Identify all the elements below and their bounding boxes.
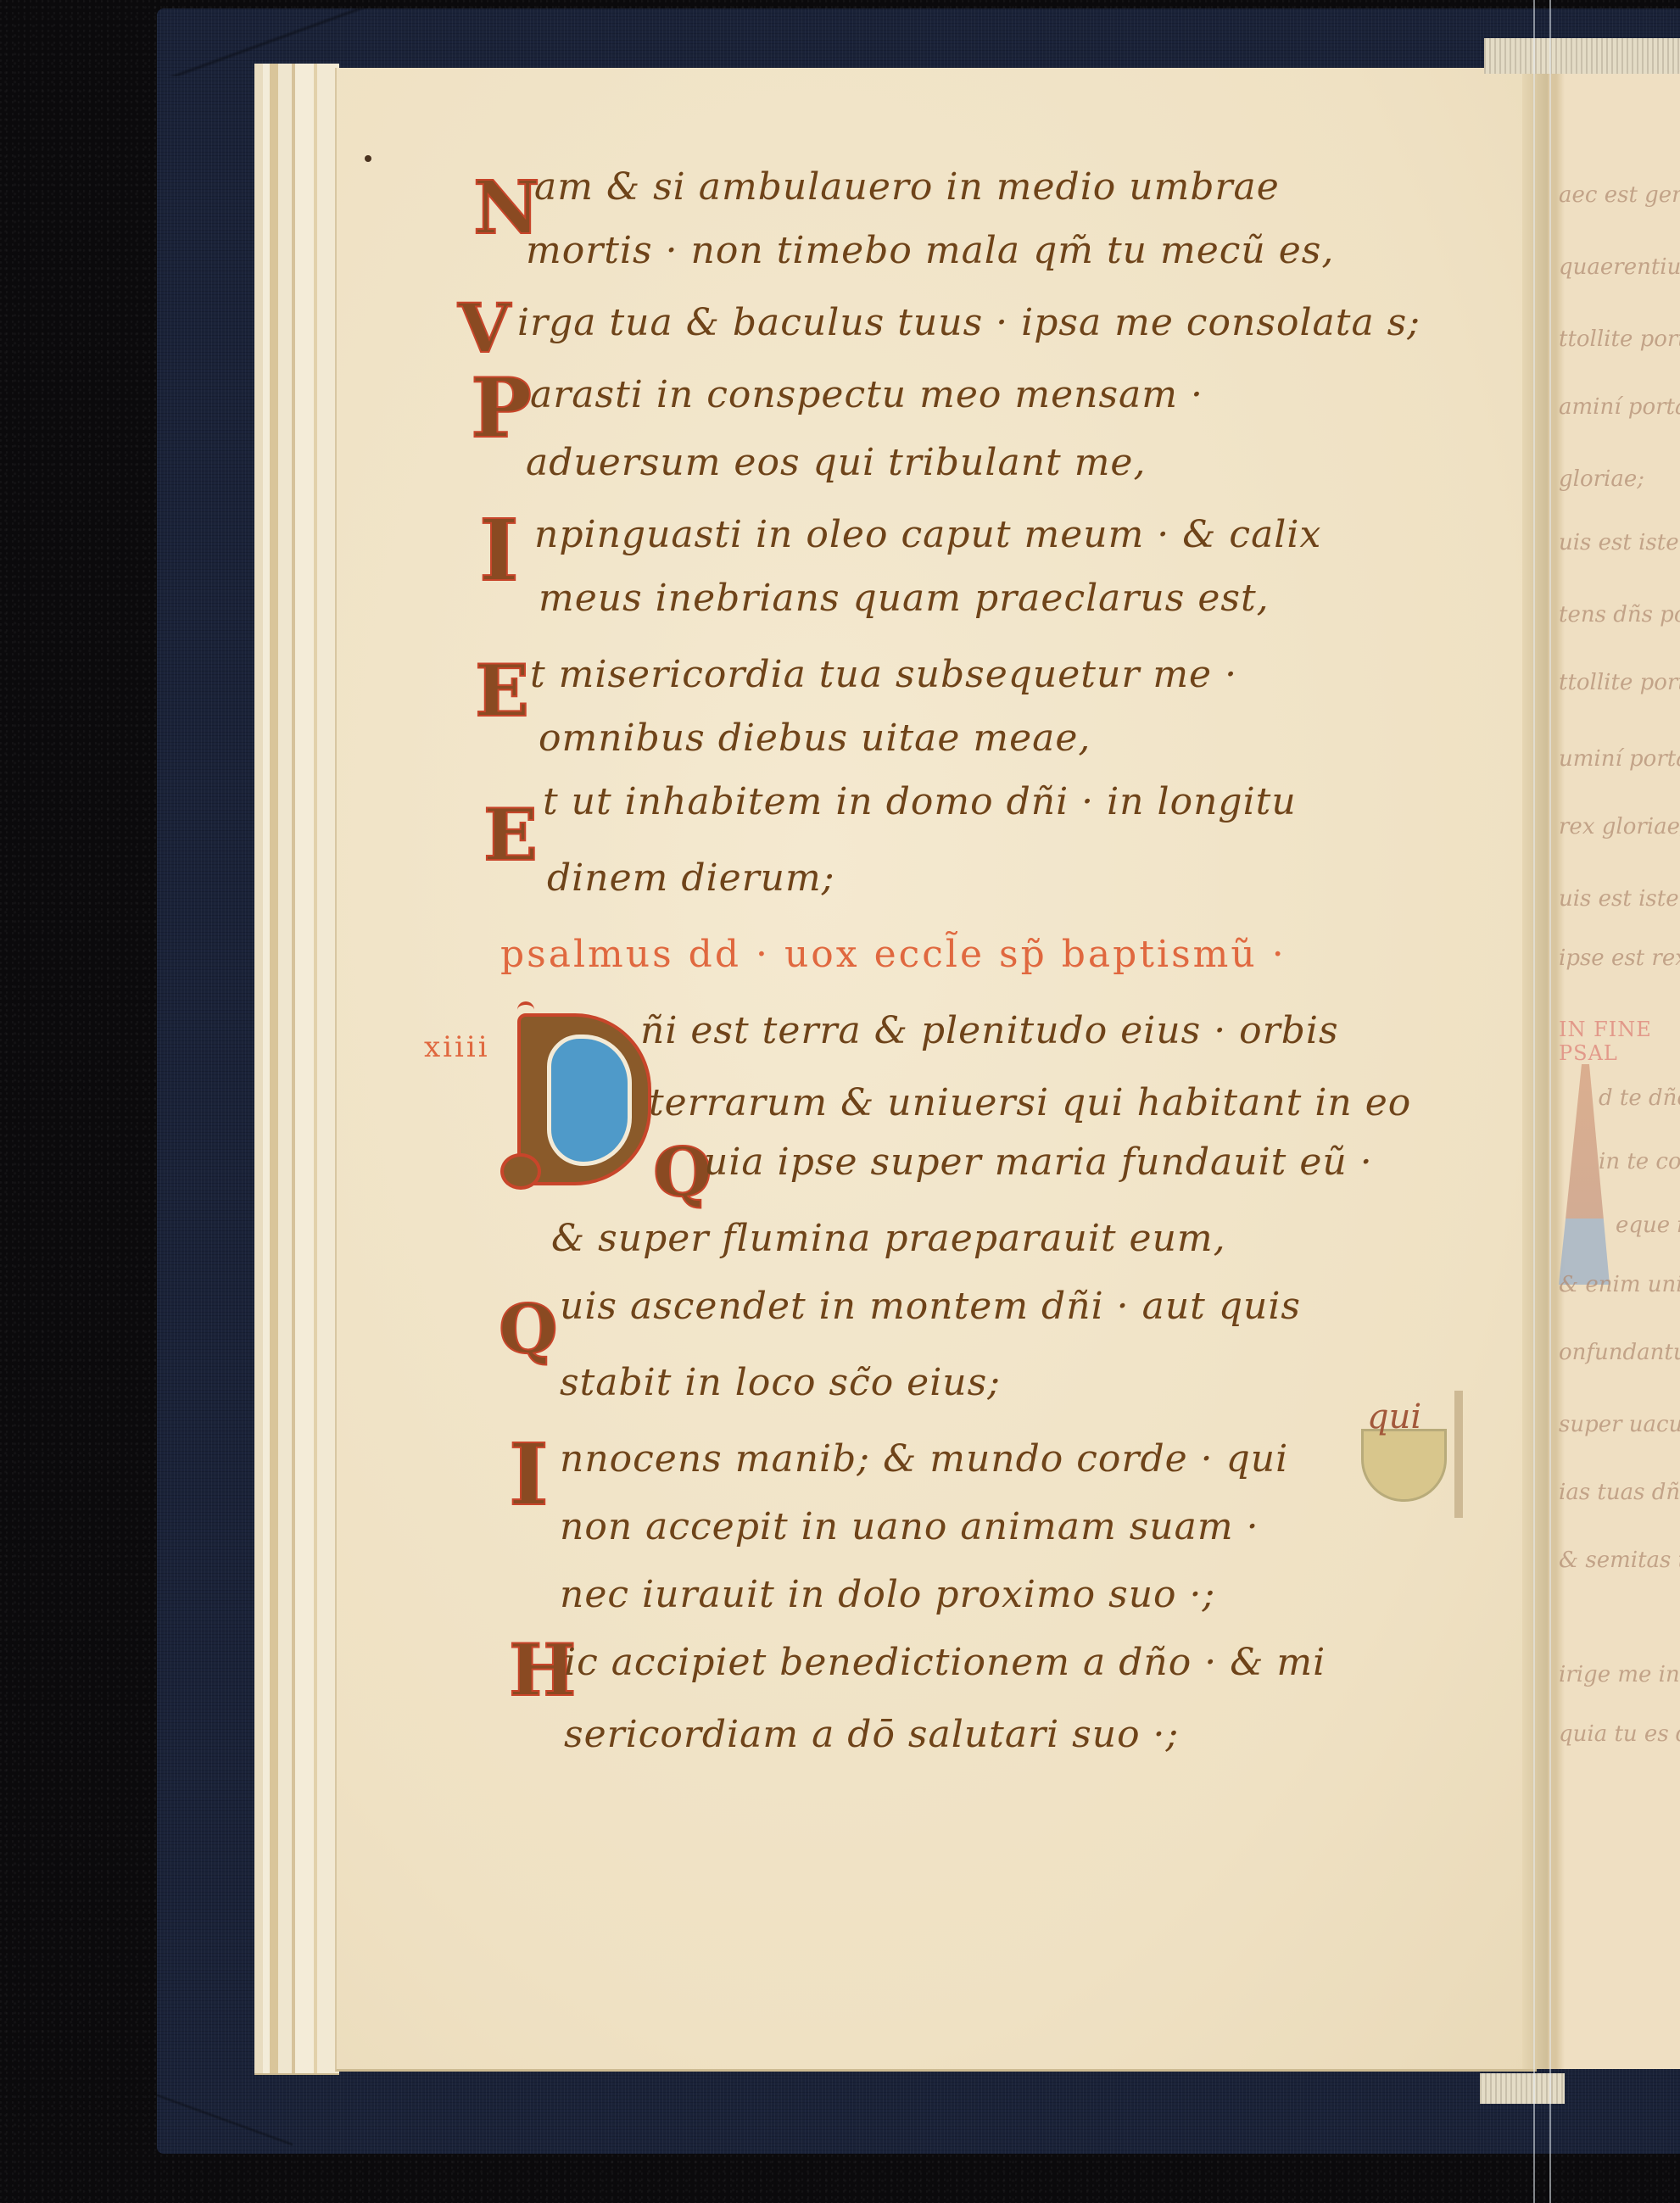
verse-line: t ut inhabitem in domo dñi · in longitu (543, 780, 1297, 823)
verse-line: & super flumina praeparauit eum, (551, 1217, 1226, 1260)
facing-line: & enim uniuersi (1559, 1272, 1680, 1297)
verse-line: aduersum eos qui tribulant me, (526, 441, 1146, 484)
facing-line: rex gloriae; (1559, 814, 1680, 839)
marginal-word: qui (1367, 1397, 1421, 1436)
verse-line: nnocens manib; & mundo corde · qui (560, 1437, 1288, 1481)
facing-line: irige me in ueritate (1559, 1662, 1680, 1687)
illuminated-initial-e: E (483, 793, 538, 877)
facing-line: eque inrideant (1616, 1213, 1680, 1238)
initial-d-blue-infill (547, 1035, 632, 1166)
facing-line: aminí portae ael (1559, 394, 1680, 420)
page-edges-stack (254, 64, 339, 2073)
verse-line: stabit in loco sc̃o eius; (560, 1361, 1001, 1404)
verse-line: uia ipse super maria fundauit eũ · (704, 1141, 1373, 1184)
facing-line: uis est iste rex (1559, 886, 1680, 912)
facing-line: gloriae; (1559, 466, 1644, 492)
verse-line: npinguasti in oleo caput meum · & calix (534, 513, 1321, 556)
illuminated-initial-i: I (479, 500, 519, 600)
show-through-gold-infill (1361, 1429, 1447, 1502)
facing-line: onfundantur om (1559, 1340, 1680, 1365)
facing-line: super uacue; (1559, 1412, 1680, 1437)
facing-line: & semitas tuas (1559, 1548, 1680, 1573)
verse-line: omnibus diebus uitae meae, (539, 717, 1091, 760)
page-gutter (1522, 68, 1548, 2069)
facing-line: quaerentium faciem (1559, 254, 1680, 280)
illuminated-initial-v: V (458, 288, 511, 368)
verse-line: dinem dierum; (547, 856, 835, 900)
facing-line: tens dñs potens in (1559, 602, 1680, 627)
verse-line: am & si ambulauero in medio umbrae (534, 165, 1280, 209)
facing-line: ias tuas dñe dem (1559, 1480, 1680, 1505)
illuminated-initial-d (500, 1013, 645, 1183)
verse-line: nec iurauit in dolo proximo suo ·; (560, 1573, 1215, 1616)
facing-line: uis est iste rex glo (1559, 530, 1680, 555)
facing-line: quia tu es ds salu (1559, 1721, 1680, 1747)
verse-line: ñi est terra & plenitudo eius · orbis (640, 1009, 1339, 1052)
verse-line: arasti in conspectu meo mensam · (530, 373, 1203, 416)
verse-line: sericordiam a dō salutari suo ·; (564, 1713, 1179, 1756)
verse-line: ic accipiet benedictionem a dño · & mi (564, 1641, 1326, 1684)
psalm-number: xiiii (424, 1030, 490, 1064)
psalm-rubric-title: psalmus dd · uox eccl̃e sp̃ baptismũ · (500, 933, 1287, 976)
illuminated-initial-p: P (471, 360, 532, 456)
ink-spot (365, 155, 371, 162)
facing-line: d te dñe leuaui (1599, 1085, 1680, 1111)
facing-line: aec est generatio q (1559, 182, 1680, 208)
illuminated-initial-q: Q (499, 1289, 558, 1369)
facing-line: in te confido n (1599, 1149, 1680, 1174)
verse-line: irga tua & baculus tuus · ipsa me consol… (517, 301, 1420, 344)
verse-line: meus inebrians quam praeclarus est, (539, 577, 1270, 620)
facing-line: ttollite portas p (1559, 670, 1680, 695)
facing-page (1548, 68, 1680, 2069)
initial-d-serif (517, 1001, 534, 1018)
verse-line: t misericordia tua subsequetur me · (530, 653, 1237, 696)
illuminated-initial-e: E (475, 649, 529, 733)
verse-line: non accepit in uano animam suam · (560, 1505, 1259, 1548)
cover-corner-fold (157, 2086, 293, 2154)
facing-rubric: IN FINE PSAL (1559, 1018, 1680, 1065)
glass-reflection-line (1533, 0, 1535, 2203)
verse-line: uis ascendet in montem dñi · aut quis (560, 1285, 1301, 1328)
facing-line: ttollite portas prin (1559, 326, 1680, 352)
facing-line: uminí portae ae (1559, 746, 1680, 772)
verse-line: terrarum & uniuersi qui habitant in eo (649, 1081, 1411, 1124)
verse-line: mortis · non timebo mala qm̃ tu mecũ es, (526, 229, 1334, 272)
bookmark-strap-top (1484, 38, 1680, 74)
glass-reflection-line (1549, 0, 1551, 2203)
initial-d-curl (500, 1153, 541, 1190)
illuminated-initial-i: I (509, 1425, 549, 1525)
show-through-stroke (1454, 1391, 1463, 1518)
bookmark-strap-bottom (1480, 2073, 1565, 2104)
facing-line: ipse est rex glo (1559, 945, 1680, 971)
